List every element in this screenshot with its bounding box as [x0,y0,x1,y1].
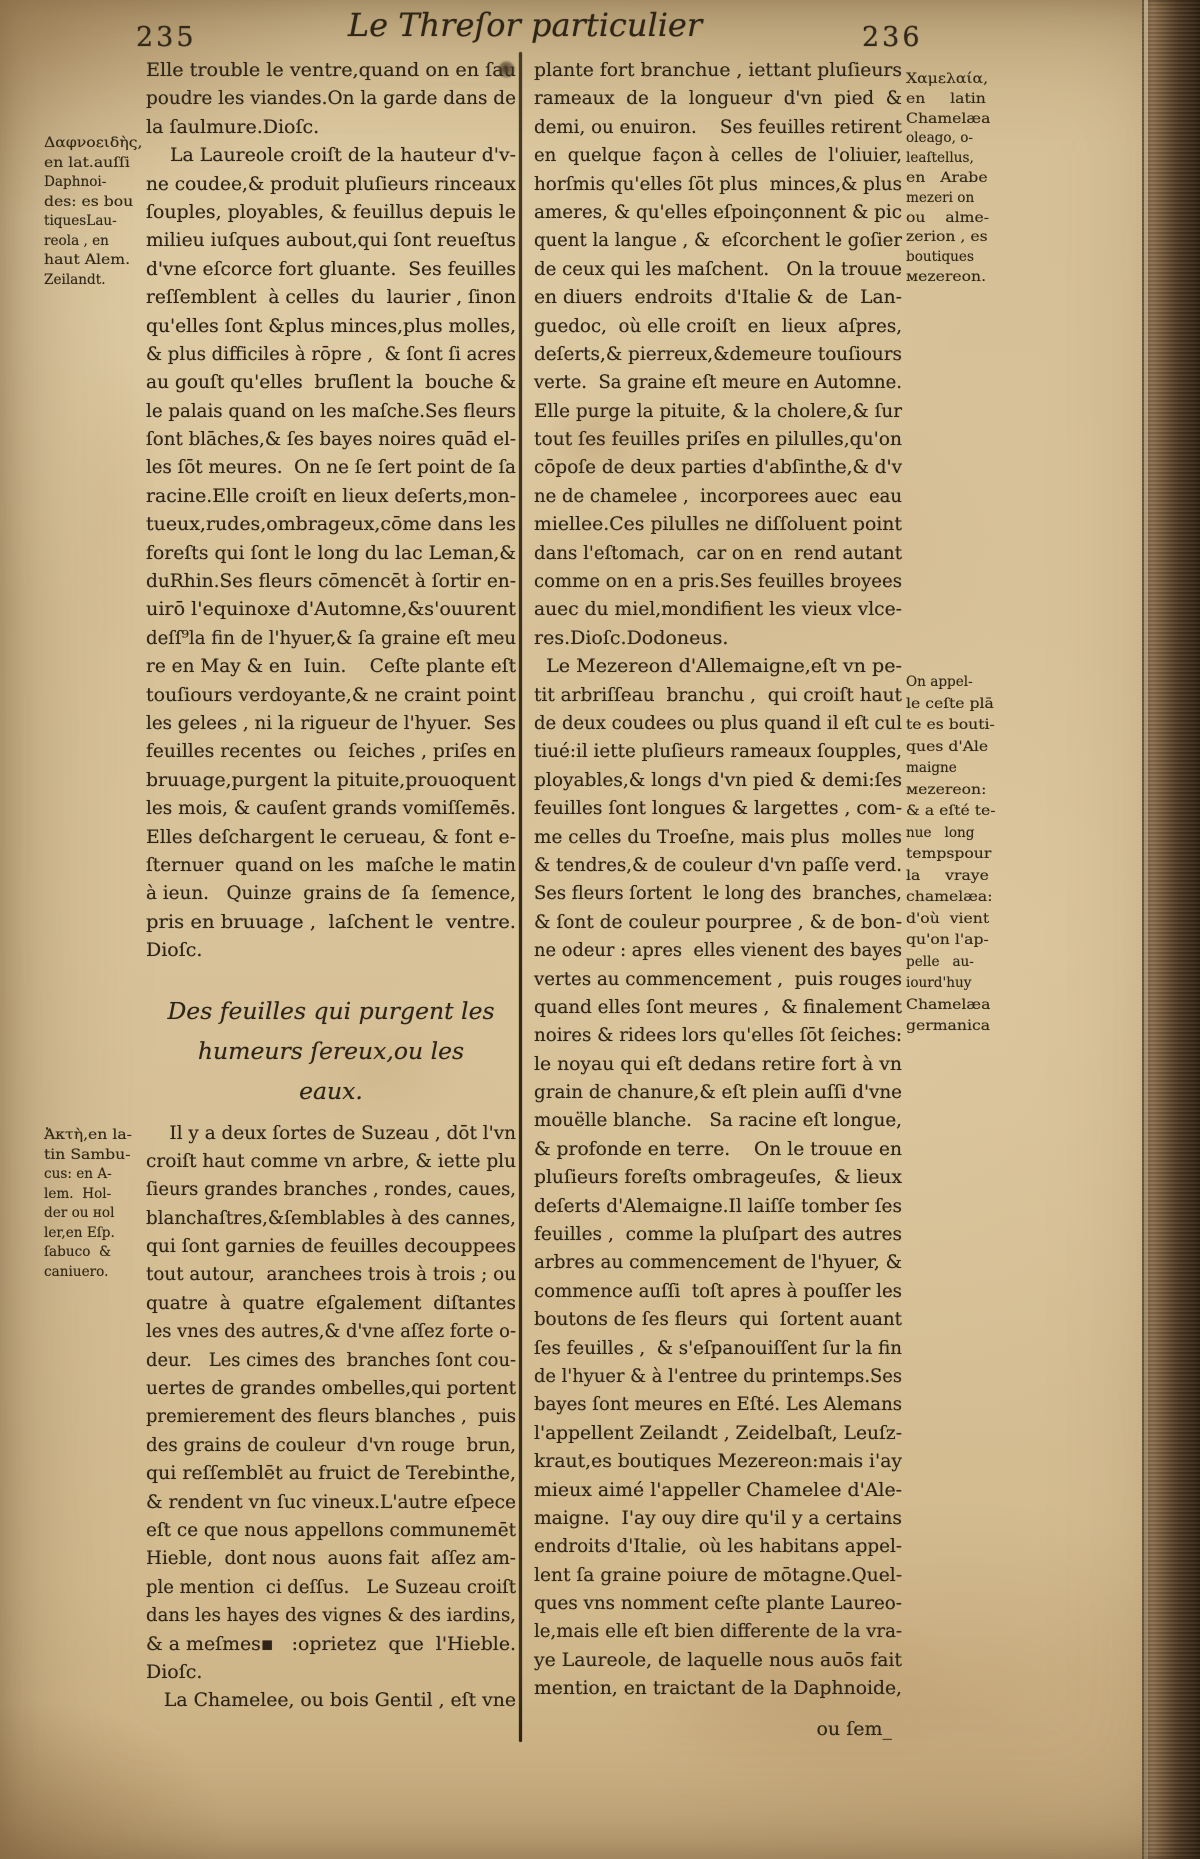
text-line: deſſ⁹la fin de l'hyuer,& ſa graine eſt m… [146,624,516,652]
text-line: ple mention ci deſſus. Le Suzeau croiſt [146,1573,516,1601]
left-text-column: Elle trouble le ventre,quand on en ſaupo… [146,56,516,1715]
text-line: Il y a deux ſortes de Suzeau , dōt l'vn [146,1119,516,1147]
text-line: Chamelæa [906,995,1004,1017]
text-line: arbres au commencement de l'hyuer, & [534,1248,902,1276]
text-line: boutiques [906,248,1004,268]
text-line: ameres, & qu'elles eſpoinçonnent & pic [534,198,902,226]
text-line: le palais quand on les maſche.Ses fleurs [146,397,516,425]
paragraph: Elle trouble le ventre,quand on en ſaupo… [146,56,516,141]
text-line: en lat.auſſi [44,154,148,174]
text-line: Dioſc. [146,936,516,964]
text-line: Chamelæa [906,110,1004,130]
section-heading: Des feuilles qui purgent leshumeurs ſere… [146,991,516,1111]
text-line: uertes de grandes ombelles,qui portent [146,1374,516,1402]
text-line: miellee.Ces pilulles ne diſſoluent point [534,510,902,538]
text-line: premierement des fleurs blanches , puis [146,1402,516,1430]
text-line: humeurs ſereux,ou les [146,1031,516,1071]
text-line: mezeri on [906,189,1004,209]
text-line: boutons de ſes fleurs qui ſortent auant [534,1305,902,1333]
text-line: dans les hayes des vignes & des iardins, [146,1601,516,1629]
text-line: ne odeur : apres elles vienent des bayes [534,936,902,964]
text-line: qui ſont garnies de feuilles decouppees [146,1232,516,1260]
text-line: la vraye [906,866,1004,888]
text-line: blanchaſtres,&ſemblables à des cannes, [146,1204,516,1232]
text-line: Ἀκτὴ,en la- [44,1126,148,1146]
text-line: & plus difficiles à rōpre , & ſont ſi ac… [146,340,516,368]
text-line: qui reſſemblēt au fruict de Terebinthe, [146,1459,516,1487]
text-line: à ieun. Quinze grains de ſa ſemence, [146,879,516,907]
text-line: quent la langue , & eſcorchent le goſier [534,226,902,254]
text-line: tout ſes feuilles priſes en pilulles,qu'… [534,425,902,453]
paragraph: La Laureole croiſt de la hauteur d'v-ne … [146,141,516,964]
text-line: & a meſmes▪ :oprietez que l'Hieble. [146,1630,516,1658]
paragraph: Le Mezereon d'Allemaigne,eſt vn pe-tit a… [534,652,902,1702]
text-line: res.Dioſc.Dodoneus. [534,624,902,652]
text-line: horſmis qu'elles ſōt plus minces,& plus [534,170,902,198]
text-line: germanica [906,1016,1004,1038]
text-line: feuilles ſont longues & largettes , com- [534,794,902,822]
text-line: & tendres,& de couleur d'vn paſſe verd. [534,851,902,879]
text-line: verte. Sa graine eſt meure en Automne. [534,368,902,396]
text-line: der ou ʜol [44,1204,148,1224]
text-line: Ses fleurs ſortent le long des branches, [534,879,902,907]
right-text-column: plante fort branchue , iettant pluſieurs… [534,56,902,1743]
text-line: caniuero. [44,1263,148,1283]
text-line: tueux,rudes,ombrageux,cōme dans les [146,510,516,538]
paragraph: Il y a deux ſortes de Suzeau , dōt l'vnc… [146,1119,516,1687]
text-line: mention, en traictant de la Daphnoide, [534,1674,902,1702]
text-line: ques vns nomment ceſte plante Laureo- [534,1589,902,1617]
margin-note-daphnoides: Δαφνοειδὴς,en lat.auſſiDaphnoi-des: es b… [44,134,148,290]
text-line: ᴍezereon: [906,780,1004,802]
text-line: ſes feuilles , & s'eſpanouiſſent ſur la … [534,1334,902,1362]
text-line: duRhin.Ses fleurs cōmencēt à ſortir en- [146,567,516,595]
ink-blot [499,62,514,77]
text-line: croiſt haut comme vn arbre, & iette plu [146,1147,516,1175]
text-line: reſſemblent à celles du laurier , ſinon [146,283,516,311]
text-line: iourd'huy [906,973,1004,995]
text-line: nue long [906,823,1004,845]
text-line: foreſts qui ſont le long du lac Leman,& [146,539,516,567]
text-line: Elles deſchargent le cerueau, & font e- [146,823,516,851]
text-line: deſerts,& pierreux,&demeure touſiours [534,340,902,368]
text-line: cōpoſe de deux parties d'abſinthe,& d'v [534,453,902,481]
text-line: maigne. I'ay ouy dire qu'il y a certains [534,1504,902,1532]
text-line: ᴍezereon. [906,268,1004,288]
text-line: maigne [906,758,1004,780]
text-line: & rendent vn ſuc vineux.L'autre eſpece [146,1488,516,1516]
text-line: tiquesLau- [44,212,148,232]
text-line: ne coudee,& produit pluſieurs rinceaux [146,170,516,198]
text-line: Elle trouble le ventre,quand on en ſau [146,56,516,84]
text-line: pluſieurs foreſts ombrageuſes, & lieux [534,1163,902,1191]
text-line: Dioſc. [146,1658,516,1686]
text-line: cus: en A- [44,1165,148,1185]
text-line: eaux. [146,1071,516,1111]
text-line: ployables,& longs d'vn pied & demi:ſes [534,766,902,794]
text-line: comme on en a pris.Ses feuilles broyees [534,567,902,595]
text-line: qu'elles ſont &plus minces,plus molles, [146,312,516,340]
text-line: eſt ce que nous appellons communemēt [146,1516,516,1544]
text-line: de l'hyuer & à l'entree du printemps.Ses [534,1362,902,1390]
text-line: tiué:il iette pluſieurs rameaux ſoupples… [534,737,902,765]
text-line: kraut,es boutiques Mezereon:mais i'ay [534,1447,902,1475]
text-line: lent ſa graine poiure de mōtagne.Quel- [534,1561,902,1589]
text-line: Des feuilles qui purgent les [146,991,516,1031]
text-line: racine.Elle croiſt en lieux deſerts,mon- [146,482,516,510]
text-line: auec du miel,mondifient les vieux vlce- [534,595,902,623]
text-line: Le Mezereon d'Allemaigne,eſt vn pe- [534,652,902,680]
text-line: leaſtellus, [906,149,1004,169]
text-line: pris en bruuage , laſchent le ventre. [146,908,516,936]
text-line: d'où vient [906,909,1004,931]
text-line: chamelæa: [906,887,1004,909]
text-line: bruuage,purgent la pituite,prouoquent [146,766,516,794]
text-line: La Laureole croiſt de la hauteur d'v- [146,141,516,169]
text-line: rameaux de la longueur d'vn pied & [534,84,902,112]
text-line: feuilles , comme la pluſpart des autres [534,1220,902,1248]
text-line: endroits d'Italie, où les habitans appel… [534,1532,902,1560]
text-line: les gelees , ni la rigueur de l'hyuer. S… [146,709,516,737]
text-line: guedoc, où elle croiſt en lieux aſpres, [534,312,902,340]
text-line: uirō l'equinoxe d'Automne,&s'ouurent [146,595,516,623]
text-line: Zeilandt. [44,271,148,291]
text-line: vertes au commencement , puis rouges [534,965,902,993]
text-line: les ſōt meures. On ne ſe ſert point de ſ… [146,453,516,481]
text-line: oleago, o- [906,129,1004,149]
page-edge-highlight [1144,0,1148,1859]
text-line: ques d'Ale [906,737,1004,759]
text-line: touſiours verdoyante,& ne craint point [146,681,516,709]
text-line: de ceux qui les maſchent. On la trouue [534,255,902,283]
catchword: ou ſem_ [534,1715,902,1743]
text-line: bayes ſont meures en Eſté. Les Alemans [534,1390,902,1418]
text-line: tout autour, aranchees trois à trois ; o… [146,1260,516,1288]
text-line: lem. Hol- [44,1185,148,1205]
running-title: Le Threſor particulier [240,6,810,44]
text-line: ye Laureole, de laquelle nous auōs fait [534,1646,902,1674]
text-line: ler,en Eſp. [44,1224,148,1244]
text-line: dans l'eſtomach, car on en rend autant [534,539,902,567]
text-line: tin Sambu- [44,1146,148,1166]
text-line: pelle au- [906,952,1004,974]
book-fore-edge [1142,0,1200,1859]
text-line: quand elles ſont meures , & finalement [534,993,902,1021]
text-line: poudre les viandes.On la garde dans de [146,84,516,112]
text-line: quatre à quatre eſgalement diſtantes [146,1289,516,1317]
text-line: d'vne eſcorce fort gluante. Ses feuilles [146,255,516,283]
paragraph: plante fort branchue , iettant pluſieurs… [534,56,902,652]
text-line: des: es bou [44,193,148,213]
margin-note-mezereon: On appel-le ceſte plāte es bouti-ques d'… [906,672,1004,1038]
text-line: & profonde en terre. On le trouue en [534,1135,902,1163]
text-line: la ſaulmure.Dioſc. [146,113,516,141]
text-line: milieu iuſques aubout,qui ſont reueſtus [146,226,516,254]
text-line: Daphnoi- [44,173,148,193]
text-line: le,mais elle eſt bien differente de la v… [534,1617,902,1645]
text-line: deur. Les cimes des branches ſont cou- [146,1346,516,1374]
text-line: zerion , es [906,228,1004,248]
text-line: les mois, & cauſent grands vomiſſemēs. [146,794,516,822]
margin-note-sambucus: Ἀκτὴ,en la-tin Sambu-cus: en A-lem. Hol-… [44,1126,148,1282]
text-line: ſabuco & [44,1243,148,1263]
text-line: commence auſſi toſt apres à pouſſer les [534,1277,902,1305]
text-line: Hieble, dont nous auons fait aſſez am- [146,1544,516,1572]
text-line: On appel- [906,672,1004,694]
text-line: mieux aimé l'appeller Chamelee d'Ale- [534,1476,902,1504]
text-line: ſouples, ployables, & feuillus depuis le [146,198,516,226]
page-number-left: 235 [136,22,197,53]
text-line: grain de chanure,& eſt plein auſſi d'vne [534,1078,902,1106]
text-line: en quelque façon à celles de l'oliuier, [534,141,902,169]
text-line: ſieurs grandes branches , rondes, caues, [146,1175,516,1203]
text-line: reola , en [44,232,148,252]
text-line: ne de chamelee , incorporees auec eau [534,482,902,510]
text-line: le ceſte plā [906,694,1004,716]
text-line: haut Alem. [44,251,148,271]
text-line: en diuers endroits d'Italie & de Lan- [534,283,902,311]
text-line: & ſont de couleur pourpree , & de bon- [534,908,902,936]
text-line: Χαμελαία, [906,70,1004,90]
paragraph: La Chamelee, ou bois Gentil , eſt vne [146,1686,516,1714]
text-line: au gouſt qu'elles bruſlent la bouche & [146,368,516,396]
text-line: ſont blāches,& ſes bayes noires quād el- [146,425,516,453]
page-number-right: 236 [862,22,923,53]
text-line: les vnes des autres,& d'vne aſſez forte … [146,1317,516,1345]
text-line: de deux coudees ou plus quand il eſt cul [534,709,902,737]
scanned-book-page: 235 Le Threſor particulier 236 Δαφνοειδὴ… [0,0,1200,1859]
text-line: La Chamelee, ou bois Gentil , eſt vne [146,1686,516,1714]
text-line: Δαφνοειδὴς, [44,134,148,154]
text-line: re en May & en Iuin. Ceſte plante eſt [146,652,516,680]
text-line: en latin [906,90,1004,110]
text-line: me celles du Troeſne, mais plus molles [534,823,902,851]
text-line: tempspour [906,844,1004,866]
margin-note-chamelaea: Χαμελαία,en latinChamelæaoleago, o-leaſt… [906,70,1004,288]
text-line: demi, ou enuiron. Ses feuilles retirent [534,113,902,141]
text-line: mouëlle blanche. Sa racine eſt longue, [534,1106,902,1134]
column-divider-rule [519,52,522,1742]
text-line: ſternuer quand on les maſche le matin [146,851,516,879]
text-line: le noyau qui eſt dedans retire fort à vn [534,1050,902,1078]
text-line: te es bouti- [906,715,1004,737]
text-line: ou alme- [906,209,1004,229]
text-line: qu'on l'ap- [906,930,1004,952]
text-line: en Arabe [906,169,1004,189]
text-line: deſerts d'Alemaigne.Il laiſſe tomber ſes [534,1192,902,1220]
text-line: Elle purge la pituite, & la cholere,& ſu… [534,397,902,425]
text-line: plante fort branchue , iettant pluſieurs [534,56,902,84]
text-line: des grains de couleur d'vn rouge brun, [146,1431,516,1459]
text-line: & a eſté te- [906,801,1004,823]
text-line: ou ſem_ [534,1715,902,1743]
text-line: feuilles recentes ou ſeiches , priſes en [146,737,516,765]
text-line: noires & ridees lors qu'elles ſōt ſeiche… [534,1021,902,1049]
text-line: l'appellent Zeilandt , Zeidelbaſt, Leuſz… [534,1419,902,1447]
text-line: tit arbriſſeau branchu , qui croiſt haut [534,681,902,709]
